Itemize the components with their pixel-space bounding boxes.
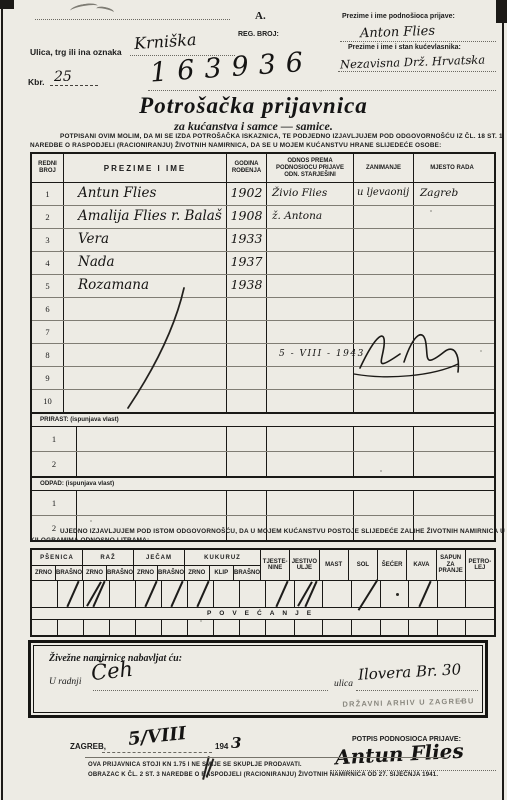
supplies-cell xyxy=(295,620,324,635)
supplies-subheader: ZRNO xyxy=(83,566,107,580)
odpad-1-cell xyxy=(227,491,267,515)
supplies-subheader: ZRNO xyxy=(32,566,56,580)
member-5-num: 5 xyxy=(32,275,64,297)
prirast-2-cell xyxy=(414,452,490,476)
supplies-cell xyxy=(214,581,240,607)
member-2-num: 2 xyxy=(32,206,64,228)
member-10-year xyxy=(227,390,267,412)
odpad-1-cell xyxy=(267,491,354,515)
supplies-cell xyxy=(466,581,494,607)
supplies-subheader: BRAŠNO xyxy=(234,566,260,580)
prirast-2-cell xyxy=(227,452,267,476)
prirast-1-cell xyxy=(354,427,414,451)
supplies-group-label: JEČAM xyxy=(134,550,184,566)
member-3-year: 1933 xyxy=(227,229,267,251)
prirast-1-num: 1 xyxy=(32,427,77,451)
pen-mark xyxy=(66,581,79,607)
city-label: ZAGREB, xyxy=(70,742,106,751)
supplies-cell xyxy=(266,581,295,607)
prirast-row-2: 2 xyxy=(32,452,494,476)
prirast-2-cell xyxy=(354,452,414,476)
scan-noise xyxy=(0,0,2,2)
ink-smudge xyxy=(69,2,98,16)
odpad-1-cell xyxy=(354,491,414,515)
supplies-column-header: SOL xyxy=(349,550,378,580)
supplies-cell xyxy=(240,620,266,635)
member-9-num: 9 xyxy=(32,367,64,389)
house-number-handwritten: 25 xyxy=(54,69,72,85)
member-5-occupation xyxy=(354,275,414,297)
supplies-cell xyxy=(266,620,295,635)
member-2-workplace xyxy=(414,206,490,228)
pen-mark xyxy=(396,593,399,596)
member-8-relation: 5 - VIII - 1943 xyxy=(267,344,354,366)
supplies-cell xyxy=(136,620,162,635)
prirast-section-label: PRIRAST: (ispunjava vlast) xyxy=(32,412,494,427)
member-6-occupation xyxy=(354,298,414,320)
member-3-workplace xyxy=(414,229,490,251)
member-7-relation xyxy=(267,321,354,343)
supplies-cell xyxy=(188,620,214,635)
supplies-cell xyxy=(162,620,188,635)
supplies-group-ječam: JEČAMZRNOBRAŠNO xyxy=(134,550,185,580)
pen-mark xyxy=(170,581,183,607)
member-4-year: 1937 xyxy=(227,252,267,274)
landlord-handwritten: Nezavisna Drž. Hrvatska xyxy=(340,52,485,71)
year-handwritten: 3 xyxy=(231,734,241,752)
supplies-group-label: KUKURUZ xyxy=(185,550,260,566)
prirast-1-cell xyxy=(414,427,490,451)
member-5-workplace xyxy=(414,275,490,297)
member-2-name: Amalija Flies r. Balaš xyxy=(64,206,227,228)
member-10-occupation xyxy=(354,390,414,412)
strikethrough-mark xyxy=(118,278,198,413)
supplies-subheader: BRAŠNO xyxy=(56,566,82,580)
shop-street-label: ulica xyxy=(334,679,353,689)
odpad-1-cell xyxy=(414,491,490,515)
povecanje-band: POVEĆANJE xyxy=(32,607,494,619)
supplies-group-subs: ZRNOBRAŠNO xyxy=(32,566,82,580)
member-6-year xyxy=(227,298,267,320)
supplies-subheader: ZRNO xyxy=(134,566,158,580)
supplies-group-pšenica: PŠENICAZRNOBRAŠNO xyxy=(32,550,83,580)
member-4-num: 4 xyxy=(32,252,64,274)
member-4-workplace xyxy=(414,252,490,274)
supplies-cell xyxy=(32,581,58,607)
member-row-10: 10 xyxy=(32,390,494,412)
header-odnos: ODNOS PREMA PODNOSIOCU PRIJAVE ODN. STAR… xyxy=(267,154,354,182)
supplies-column-header: SAPUN ZA PRANJE xyxy=(437,550,466,580)
member-7-num: 7 xyxy=(32,321,64,343)
declaration-line-1: POTPISANI OVIM MOLIM, DA MI SE IZDA POTR… xyxy=(60,133,503,140)
supplies-cell xyxy=(84,581,110,607)
applicant-underline xyxy=(340,41,496,42)
supplies-cell xyxy=(240,581,266,607)
member-10-num: 10 xyxy=(32,390,64,412)
supplies-table-header: PŠENICAZRNOBRAŠNORAŽZRNOBRAŠNOJEČAMZRNOB… xyxy=(32,550,494,581)
reg-number-label: REG. BROJ: xyxy=(238,31,279,38)
pen-mark xyxy=(276,581,289,607)
member-1-num: 1 xyxy=(32,183,64,205)
prirast-2-cell xyxy=(77,452,227,476)
supplies-group-label: PŠENICA xyxy=(32,550,82,566)
supplies-table: PŠENICAZRNOBRAŠNORAŽZRNOBRAŠNOJEČAMZRNOB… xyxy=(30,548,496,637)
member-1-workplace: Zagreb xyxy=(414,183,490,205)
scanned-form: Ulica, trg ili ina oznaka Krniška Kbr. 2… xyxy=(0,0,507,800)
applicant-handwritten: Anton Flies xyxy=(360,24,436,42)
ink-smudge xyxy=(95,5,114,16)
member-2-year: 1908 xyxy=(227,206,267,228)
supplies-subheader: BRAŠNO xyxy=(107,566,133,580)
reg-number-underline xyxy=(148,90,496,91)
member-9-year xyxy=(227,367,267,389)
pen-mark xyxy=(196,581,209,607)
supplies-cell xyxy=(466,620,494,635)
supplies-group-kukuruz: KUKURUZZRNOKLIPBRAŠNO xyxy=(185,550,261,580)
member-1-occupation: u ljevaonij xyxy=(354,183,414,205)
header-redni-broj: REDNI BROJ xyxy=(32,154,64,182)
supplies-subheader: KLIP xyxy=(210,566,235,580)
odpad-row-1: 1 xyxy=(32,491,494,516)
purchase-declaration-box: Živežne namirnice nabavljat ću: U radnji… xyxy=(28,640,488,718)
supplies-declaration-line-2: KILOGRAMIMA ODNOSNO LITRAMA: xyxy=(30,537,149,544)
supplies-cell xyxy=(58,581,84,607)
shop-underline xyxy=(93,690,328,691)
member-row-2: 2Amalija Flies r. Balaš1908ž. Antona xyxy=(32,206,494,229)
date-handwritten: 5/VIII xyxy=(127,723,187,750)
form-subtitle: za kućanstva i samce — samice. xyxy=(0,119,507,134)
member-10-workplace xyxy=(414,390,490,412)
archive-stamp: DRŽAVNI ARHIV U ZAGREBU xyxy=(326,696,491,709)
supplies-cell xyxy=(188,581,214,607)
year-printed: 194 xyxy=(215,742,228,751)
supplies-subheader: ZRNO xyxy=(185,566,210,580)
supplies-cell xyxy=(32,620,58,635)
supplies-cell xyxy=(110,620,136,635)
price-note: OVA PRIJAVNICA STOJI KN 1.75 I NE SMIJE … xyxy=(88,762,302,768)
member-8-num: 8 xyxy=(32,344,64,366)
supplies-cell xyxy=(381,581,410,607)
prirast-1-cell xyxy=(77,427,227,451)
member-6-workplace xyxy=(414,298,490,320)
member-8-year xyxy=(227,344,267,366)
declaration-line-2: NAREDBE O RASPODJELI (RACIONIRANJU) ŽIVO… xyxy=(30,142,441,149)
form-title: Potrošačka prijavnica xyxy=(0,93,507,119)
supplies-cell xyxy=(136,581,162,607)
shop-handwritten: Čeh xyxy=(90,657,134,685)
member-row-3: 3Vera1933 xyxy=(32,229,494,252)
member-4-occupation xyxy=(354,252,414,274)
applicant-label: Prezime i ime podnošioca prijave: xyxy=(342,13,455,20)
prirast-2-cell xyxy=(267,452,354,476)
member-1-year: 1902 xyxy=(227,183,267,205)
supplies-cell xyxy=(162,581,188,607)
member-row-1: 1Antun Flies1902Živio Fliesu ljevaonijZa… xyxy=(32,183,494,206)
supplies-column-header: ŠEĆER xyxy=(378,550,407,580)
header-zanimanje: ZANIMANJE xyxy=(354,154,414,182)
supplies-column-header: TJESTE-NINE xyxy=(261,550,290,580)
section-marker: A. xyxy=(255,10,266,22)
shop-street-underline xyxy=(356,690,478,691)
member-row-4: 4Nada1937 xyxy=(32,252,494,275)
member-3-occupation xyxy=(354,229,414,251)
member-row-6: 6 xyxy=(32,298,494,321)
street-handwritten: Krniška xyxy=(133,30,197,53)
supplies-cell xyxy=(352,620,381,635)
member-1-name: Antun Flies xyxy=(64,183,227,205)
member-10-relation xyxy=(267,390,354,412)
pen-mark xyxy=(144,581,157,607)
supplies-declaration-line-1: UJEDNO IZJAVLJUJEM POD ISTOM ODGOVORNOŠĆ… xyxy=(60,528,505,535)
member-row-5: 5Rozamana1938 xyxy=(32,275,494,298)
applicant-signature: Antun Flies xyxy=(334,739,464,770)
member-1-relation: Živio Flies xyxy=(267,183,354,205)
date-line xyxy=(102,752,212,753)
supplies-column-header: KAVA xyxy=(407,550,436,580)
supplies-group-subs: ZRNOBRAŠNO xyxy=(83,566,133,580)
supplies-column-header: PETRO-LEJ xyxy=(466,550,494,580)
odpad-1-num: 1 xyxy=(32,491,77,515)
header-prezime-ime: PREZIME I IME xyxy=(64,154,227,182)
member-3-relation xyxy=(267,229,354,251)
member-5-year: 1938 xyxy=(227,275,267,297)
shop-label: U radnji xyxy=(49,677,81,687)
supplies-cell xyxy=(295,581,324,607)
member-7-year xyxy=(227,321,267,343)
pen-mark xyxy=(419,581,432,607)
header-mjesto-rada: MJESTO RADA xyxy=(414,154,490,182)
supplies-subheader: BRAŠNO xyxy=(158,566,184,580)
odpad-1-cell xyxy=(77,491,227,515)
supplies-cell xyxy=(214,620,240,635)
members-table-header: REDNI BROJ PREZIME I IME GODINA ROĐENJA … xyxy=(32,154,494,183)
prirast-rows: 12 xyxy=(32,427,494,476)
prirast-1-cell xyxy=(267,427,354,451)
house-number-underline xyxy=(50,85,98,86)
member-2-relation: ž. Antona xyxy=(267,206,354,228)
supplies-group-subs: ZRNOKLIPBRAŠNO xyxy=(185,566,260,580)
member-6-relation xyxy=(267,298,354,320)
header-godina-rodjenja: GODINA ROĐENJA xyxy=(227,154,267,182)
supplies-increase-row xyxy=(32,619,494,635)
supplies-cell xyxy=(58,620,84,635)
supplies-column-header: MAST xyxy=(320,550,349,580)
prirast-row-1: 1 xyxy=(32,427,494,452)
supplies-cell xyxy=(352,581,381,607)
member-5-relation xyxy=(267,275,354,297)
member-2-occupation xyxy=(354,206,414,228)
supplies-cell xyxy=(438,581,467,607)
member-9-relation xyxy=(267,367,354,389)
supplies-cell xyxy=(84,620,110,635)
odpad-section-label: ODPAD: (ispunjava vlast) xyxy=(32,476,494,491)
member-3-num: 3 xyxy=(32,229,64,251)
supplies-group-subs: ZRNOBRAŠNO xyxy=(134,566,184,580)
member-4-relation xyxy=(267,252,354,274)
supplies-group-raž: RAŽZRNOBRAŠNO xyxy=(83,550,134,580)
prirast-2-num: 2 xyxy=(32,452,77,476)
pen-mark xyxy=(358,579,379,611)
signature-underline xyxy=(330,770,496,771)
member-4-name: Nada xyxy=(64,252,227,274)
supplies-cell xyxy=(409,620,438,635)
supplies-cell xyxy=(323,581,352,607)
supplies-cell xyxy=(438,620,467,635)
reg-number-handwritten: 163936 xyxy=(149,46,314,88)
supplies-group-label: RAŽ xyxy=(83,550,133,566)
street-label: Ulica, trg ili ina oznaka xyxy=(30,47,122,57)
official-signature xyxy=(348,326,463,378)
footer-divider xyxy=(85,757,445,758)
shop-street-handwritten: Ilovera Br. 30 xyxy=(358,660,462,683)
landlord-label: Prezime i ime i stan kućevlasnika: xyxy=(348,44,461,51)
form-reference-note: OBRAZAC K ČL. 2 ST. 3 NAREDBE O RASPODJE… xyxy=(88,772,438,778)
prirast-1-cell xyxy=(227,427,267,451)
scan-corner-topleft xyxy=(0,0,14,9)
supplies-stock-row xyxy=(32,581,494,607)
house-number-label: Kbr. xyxy=(28,77,45,87)
landlord-underline xyxy=(338,71,496,72)
scan-corner-topright xyxy=(496,0,507,23)
supplies-column-header: JESTIVO ULJE xyxy=(290,550,319,580)
member-6-num: 6 xyxy=(32,298,64,320)
member-3-name: Vera xyxy=(64,229,227,251)
blank-dotted-line xyxy=(35,19,230,20)
supplies-cell xyxy=(381,620,410,635)
supplies-cell xyxy=(323,620,352,635)
supplies-cell xyxy=(110,581,136,607)
supplies-cell xyxy=(409,581,438,607)
